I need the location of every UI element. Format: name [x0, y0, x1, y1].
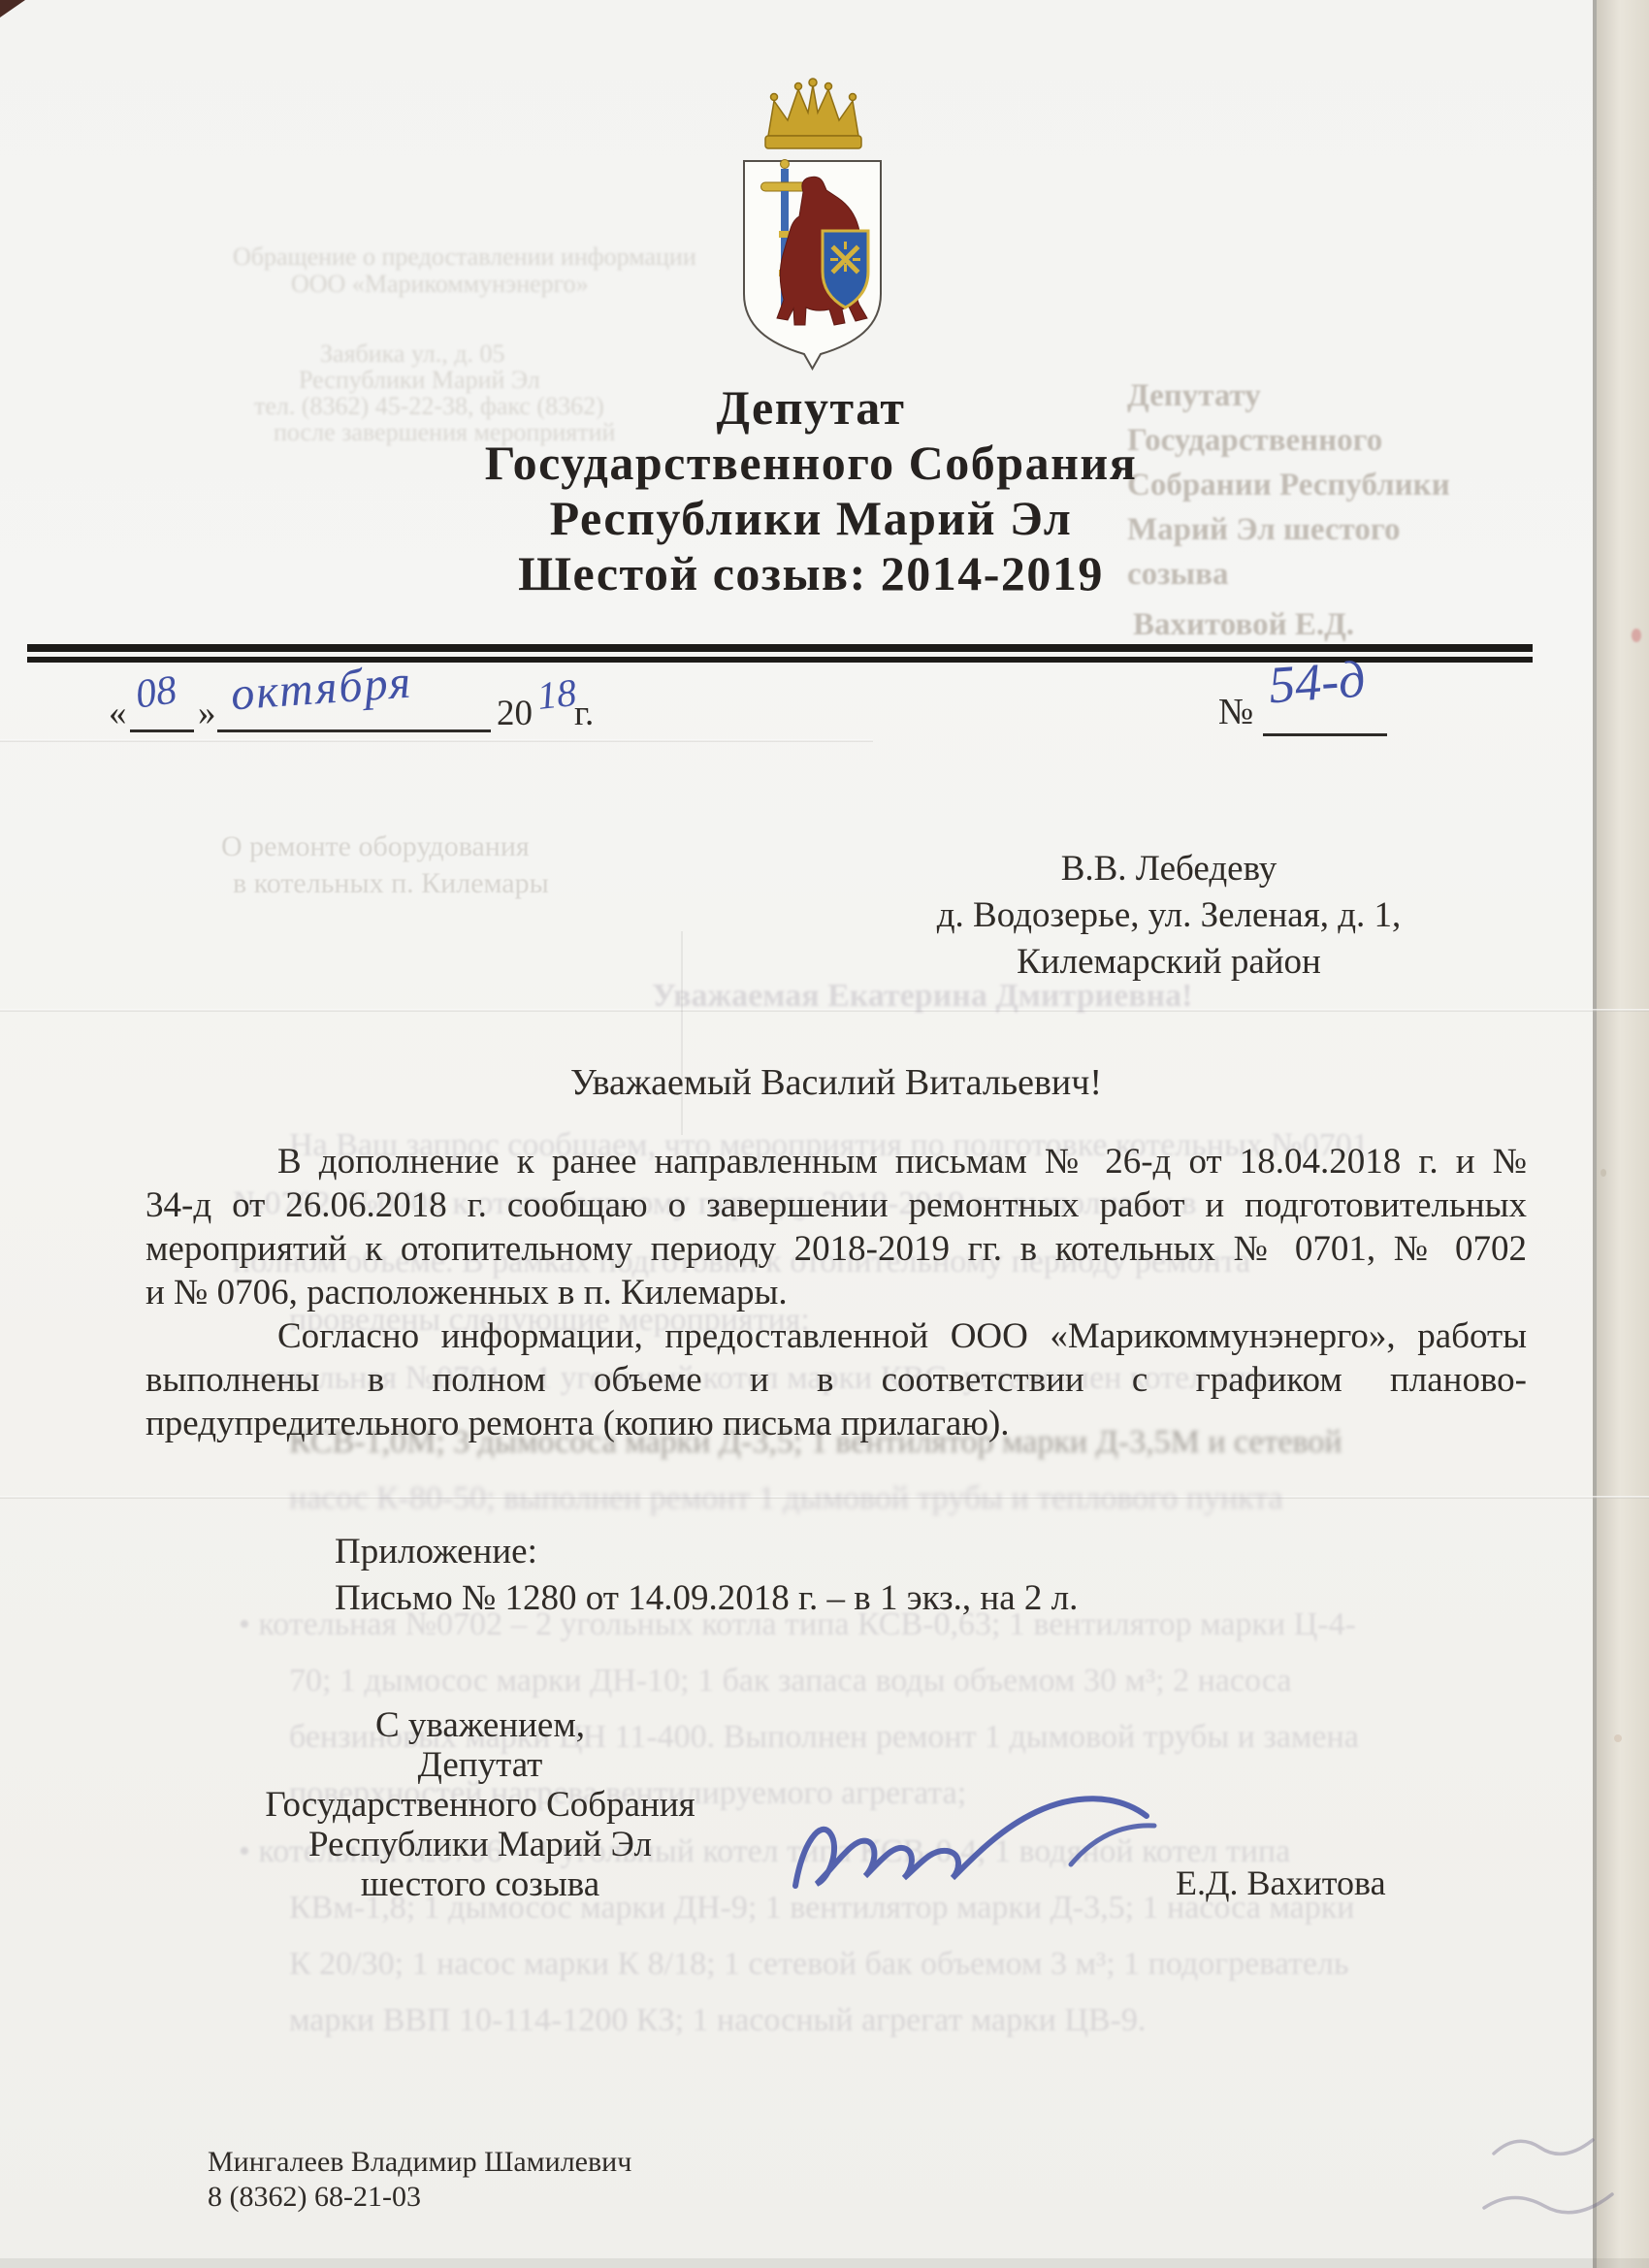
bleedthrough-line: К 20/30; 1 насос марки К 8/18; 1 сетевой…	[289, 1946, 1348, 1983]
bleedthrough-subject: в котельных п. Килемары	[233, 867, 549, 900]
date-quote-close: »	[198, 693, 216, 734]
date-century: 20	[497, 693, 533, 734]
attachment-item: Письмо № 1280 от 14.09.2018 г. – в 1 экз…	[335, 1577, 1078, 1619]
signer-name: Е.Д. Вахитова	[1176, 1863, 1386, 1903]
scan-right-edge-shadow	[1593, 0, 1597, 2268]
number-sign: №	[1218, 691, 1253, 733]
footer-contact-name: Мингалеев Владимир Шамилевич	[208, 2146, 631, 2179]
scan-speck	[1632, 629, 1641, 642]
recipient-name: В.В. Лебедеву	[854, 846, 1484, 892]
handwritten-signature	[782, 1769, 1170, 1925]
body-line: 34-д от 26.06.2018 г. сообщаю о завершен…	[145, 1184, 1527, 1226]
attachment-label: Приложение:	[335, 1531, 537, 1572]
body-line: и № 0706, расположенных в п. Килемары.	[145, 1272, 788, 1313]
letterhead-rule-top	[27, 644, 1533, 652]
date-year-suffix: г.	[574, 693, 594, 734]
scan-right-edge	[1597, 0, 1649, 2268]
paper-crease-vertical	[681, 931, 683, 1135]
inner-shield-icon	[823, 231, 868, 308]
footer-phone: 8 (8362) 68-21-03	[208, 2181, 421, 2214]
letterhead-title: Депутат Государственного Собрания Респуб…	[0, 380, 1622, 601]
date-month-underline	[217, 729, 491, 732]
bleedthrough-line: 70; 1 дымосос марки ДН-10; 1 бак запаса …	[289, 1663, 1291, 1700]
bleedthrough-line: марки ВВП 10-114-1200 КЗ; 1 насосный агр…	[289, 2002, 1146, 2039]
closing-line: шестого созыва	[145, 1864, 815, 1904]
body-line: мероприятий к отопительному периоду 2018…	[145, 1228, 1527, 1270]
letterhead-title-line: Депутат	[0, 380, 1622, 436]
bleedthrough-subject: О ремонте оборудования	[221, 830, 530, 863]
body-line: предупредительного ремонта (копию письма…	[145, 1403, 1010, 1444]
coat-of-arms-mari-el-icon	[723, 76, 902, 376]
handwritten-number: 54-д	[1267, 649, 1367, 716]
bleedthrough-line: Обращение о предоставлении информации	[233, 243, 696, 272]
scan-speck	[1600, 1169, 1606, 1177]
bleedthrough-line: насос К-80-50; выполнен ремонт 1 дымовой…	[289, 1480, 1283, 1517]
crown-icon	[765, 79, 861, 148]
letterhead-title-line: Шестой созыв: 2014-2019	[0, 546, 1622, 601]
bleedthrough-line: Вахитовой Е.Д.	[1133, 607, 1354, 643]
closing-line: С уважением,	[145, 1705, 815, 1745]
bleedthrough-salutation: Уважаемая Екатерина Дмитриевна!	[652, 978, 1192, 1015]
recipient-address: д. Водозерье, ул. Зеленая, д. 1,	[854, 892, 1484, 939]
letterhead-title-line: Республики Марий Эл	[0, 491, 1622, 546]
recipient-block: В.В. Лебедеву д. Водозерье, ул. Зеленая,…	[854, 846, 1484, 986]
paper-crease	[0, 739, 873, 742]
closing-block: С уважением, Депутат Государственного Со…	[145, 1705, 815, 1904]
handwritten-day: 08	[133, 666, 179, 718]
number-underline	[1263, 733, 1387, 736]
handwritten-year: 18	[535, 669, 579, 719]
scan-speck	[1614, 1734, 1622, 1742]
scan-bottom-shadow	[0, 2258, 1649, 2268]
bleedthrough-handwriting	[1474, 2115, 1649, 2260]
salutation: Уважаемый Василий Витальевич!	[145, 1061, 1527, 1104]
scan-corner-artifact	[0, 0, 25, 17]
scanned-letter-page: Обращение о предоставлении информации ОО…	[0, 0, 1649, 2268]
closing-line: Республики Марий Эл	[145, 1825, 815, 1864]
handwritten-month: октября	[229, 656, 414, 722]
date-quote-open: «	[109, 693, 127, 734]
closing-line: Депутат	[145, 1745, 815, 1785]
body-line: выполнены в полном объеме и в соответств…	[145, 1359, 1527, 1401]
body-line: В дополнение к ранее направленным письма…	[145, 1141, 1527, 1183]
closing-line: Государственного Собрания	[145, 1785, 815, 1825]
date-day-underline	[130, 729, 194, 732]
letterhead-title-line: Государственного Собрания	[0, 436, 1622, 491]
bleedthrough-line: Заябика ул., д. 05	[320, 340, 505, 369]
bleedthrough-line: ООО «Марикоммунэнерго»	[291, 270, 589, 299]
body-line: Согласно информации, предоставленной ООО…	[145, 1315, 1527, 1357]
